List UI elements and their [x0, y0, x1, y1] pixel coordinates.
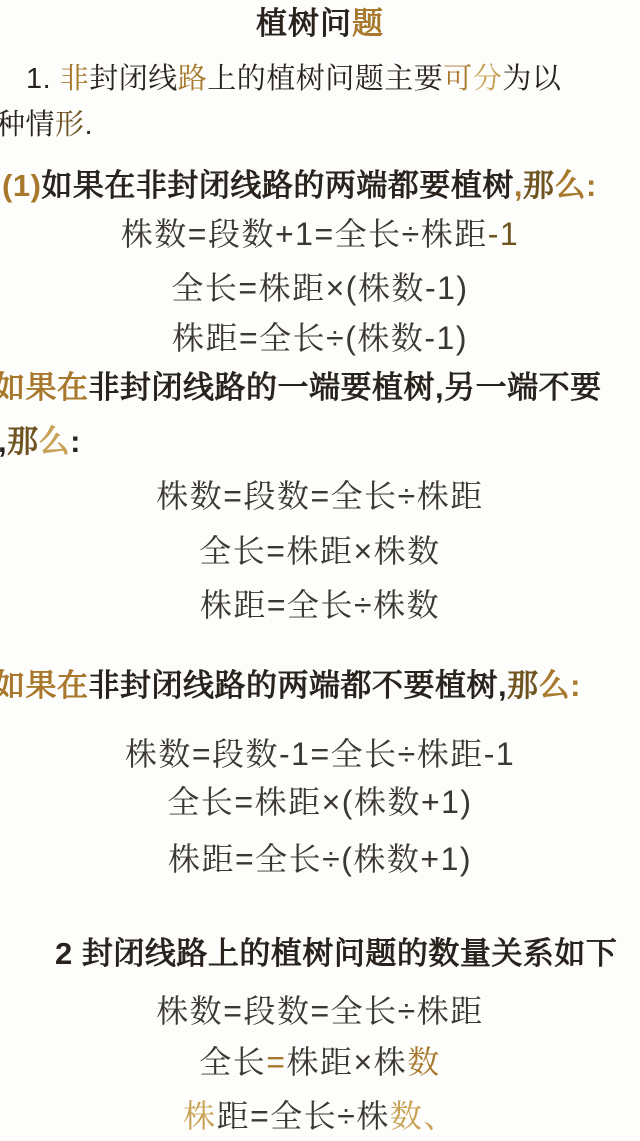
line-para-2: 种情形. — [0, 108, 93, 142]
text-segment: 株数=段数+1=全长÷株距 — [121, 216, 488, 252]
text-segment: 么 — [39, 424, 71, 459]
text-segment: (1) — [2, 168, 41, 203]
text-segment: 全长=株距×株数 — [199, 533, 440, 569]
line-formula-3b: 全长=株距×(株数+1) — [0, 784, 640, 822]
text-segment: 植树问 — [256, 6, 352, 41]
text-segment: 株 — [183, 1098, 217, 1134]
line-heading-2-line-2: ,那么: — [0, 424, 81, 461]
line-formula-2a: 株数=段数=全长÷株距 — [0, 478, 640, 516]
text-segment: 那 — [523, 168, 555, 203]
text-segment: 那 — [507, 668, 539, 703]
text-segment: 全长=株距×(株数+1) — [167, 784, 472, 820]
text-segment: 么: — [539, 668, 581, 703]
text-segment: 数 — [407, 1044, 441, 1080]
line-title: 植树问题 — [0, 6, 640, 43]
text-segment: 分 — [473, 63, 503, 95]
text-segment: 2 封闭线路上的植树问题的数量关系如下 — [55, 936, 617, 971]
text-segment: 非 — [60, 63, 90, 95]
text-segment: 距=全长÷株 — [217, 1098, 390, 1134]
text-segment: 株数=段数=全长÷株距 — [156, 478, 483, 514]
text-segment: = — [266, 1044, 286, 1080]
line-formula-4c: 株距=全长÷株数、 — [0, 1098, 640, 1136]
text-segment: 题 — [352, 6, 384, 41]
line-formula-3a: 株数=段数-1=全长÷株距-1 — [0, 736, 640, 774]
line-heading-1: (1)如果在非封闭线路的两端都要植树,那么: — [2, 168, 597, 205]
text-segment: 种情 — [0, 109, 55, 141]
text-segment: -1 — [488, 216, 519, 252]
line-formula-4b: 全长=株距×株数 — [0, 1044, 640, 1082]
text-segment: 株数=段数-1=全长÷株距-1 — [125, 736, 515, 772]
text-segment: 株距×株 — [286, 1044, 407, 1080]
text-segment: 形 — [55, 109, 85, 141]
text-segment: 如果在 — [0, 370, 89, 405]
text-segment: 、 — [423, 1098, 457, 1134]
text-segment: 1. — [26, 63, 60, 95]
line-formula-2c: 株距=全长÷株数 — [0, 587, 640, 625]
line-formula-1c: 株距=全长÷(株数-1) — [0, 320, 640, 358]
line-heading-4: 2 封闭线路上的植树问题的数量关系如下 — [55, 936, 617, 973]
text-segment: 株距=全长÷(株数+1) — [168, 841, 472, 877]
line-formula-3c: 株距=全长÷(株数+1) — [0, 841, 640, 879]
text-segment: , — [514, 168, 523, 203]
line-formula-1a: 株数=段数+1=全长÷株距-1 — [0, 216, 640, 254]
text-segment: 可 — [443, 63, 473, 95]
line-heading-2-line-1: 如果在非封闭线路的一端要植树,另一端不要 — [0, 370, 602, 407]
document-page: 植树问题1. 非封闭线路上的植树问题主要可分为以种情形.(1)如果在非封闭线路的… — [0, 0, 640, 1141]
text-segment: . — [85, 109, 94, 141]
text-segment: 上的植树问题主要 — [207, 63, 443, 95]
text-segment: 株距=全长÷株数 — [200, 587, 440, 623]
line-formula-2b: 全长=株距×株数 — [0, 533, 640, 571]
text-segment: 么: — [555, 168, 597, 203]
text-segment: 数 — [390, 1098, 424, 1134]
line-para-1: 1. 非封闭线路上的植树问题主要可分为以 — [26, 62, 561, 96]
text-segment: 路 — [178, 63, 208, 95]
text-segment: 全长=株距×(株数-1) — [171, 270, 468, 306]
line-formula-1b: 全长=株距×(株数-1) — [0, 270, 640, 308]
text-segment: 如果在 — [0, 668, 89, 703]
text-segment: 非封闭线路的一端要植树,另一端不要 — [89, 370, 602, 405]
text-segment: : — [70, 424, 81, 459]
text-segment: 那 — [7, 424, 39, 459]
text-segment: 株数=段数=全长÷株距 — [156, 993, 483, 1029]
text-segment: 非封闭线路的两端都不要植树, — [89, 668, 508, 703]
line-formula-4a: 株数=段数=全长÷株距 — [0, 993, 640, 1031]
text-segment: 封闭线 — [89, 63, 178, 95]
text-segment: 为以 — [502, 63, 561, 95]
text-segment: 全长 — [199, 1044, 266, 1080]
line-heading-3: 如果在非封闭线路的两端都不要植树,那么: — [0, 668, 581, 705]
text-segment: 如果在非封闭线路的两端都要植树 — [41, 168, 514, 203]
text-segment: 株距=全长÷(株数-1) — [172, 320, 468, 356]
